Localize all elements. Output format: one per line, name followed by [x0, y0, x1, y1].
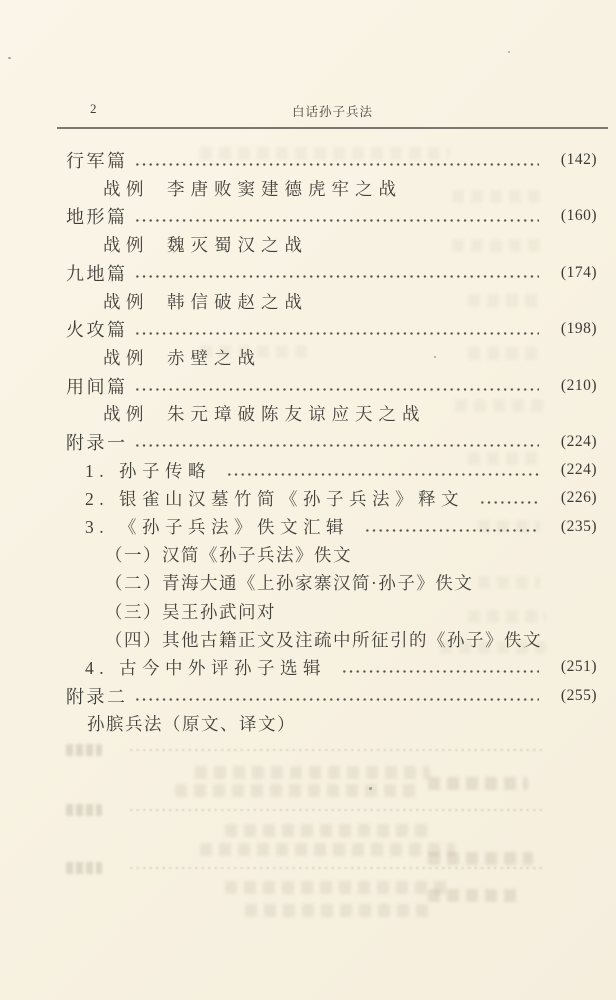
book-page: 2 白话孙子兵法 行军篇 (142) 战例 李唐败窦建德虎牢之战 地形篇 (16… [0, 0, 616, 1000]
toc-entry-example: 战例 朱元璋破陈友谅应天之战 [66, 400, 597, 428]
running-title: 白话孙子兵法 [57, 102, 608, 120]
toc-entry-page: (174) [549, 264, 597, 282]
toc-entry-label: 3. 《孙子兵法》佚文汇辑 [85, 514, 349, 539]
bleedthrough-artifact [128, 867, 542, 869]
dot-leader [134, 163, 540, 166]
battle-name: 李唐败窦建德虎牢之战 [167, 176, 402, 201]
paper-speck [369, 787, 372, 790]
example-label: 战例 [103, 289, 149, 314]
toc-entry-label: 2. 银雀山汉墓竹简《孙子兵法》释文 [85, 486, 464, 511]
toc-entry-sub: （三）吴王孙武问对 [66, 597, 597, 625]
toc-entry-chapter: 地形篇 (160) [66, 202, 597, 230]
toc-entry-sub: （四）其他古籍正文及注疏中所征引的《孙子》佚文 [66, 625, 597, 653]
battle-name: 朱元璋破陈友谅应天之战 [167, 401, 426, 426]
toc-entry-page: (226) [549, 489, 597, 507]
toc-entry-page: (142) [549, 151, 597, 169]
toc-entry-page: (224) [549, 433, 597, 451]
toc-entry-page: (255) [549, 687, 597, 705]
toc-entry-page: (235) [549, 518, 597, 536]
toc-entry-label: （二）青海大通《上孙家寨汉简·孙子》佚文 [105, 570, 473, 595]
bleedthrough-artifact [245, 904, 430, 917]
page-header: 2 白话孙子兵法 [57, 99, 608, 121]
battle-name: 赤壁之战 [167, 345, 261, 370]
toc-entry-chapter: 火攻篇 (198) [66, 315, 597, 343]
header-rule [57, 127, 608, 129]
toc-entry-label: 附录一 [66, 429, 128, 455]
toc-entry-appendix: 附录一 (224) [66, 428, 597, 456]
toc-entry-appendix: 附录二 (255) [66, 682, 597, 710]
toc-entry-plain: 孙膑兵法（原文、译文） [66, 710, 597, 738]
dot-leader [226, 473, 539, 476]
toc-entry-label: （一）汉简《孙子兵法》佚文 [105, 542, 352, 567]
battle-name: 韩信破赵之战 [167, 289, 308, 314]
bleedthrough-artifact [428, 889, 523, 902]
toc-entry-label: 用间篇 [66, 373, 128, 399]
bleedthrough-artifact [128, 809, 542, 811]
toc-entry-label: 行军篇 [66, 147, 128, 173]
toc-entry-numbered: 4. 古今中外评孙子选辑 (251) [66, 653, 597, 681]
example-label: 战例 [103, 232, 149, 257]
dot-leader [134, 388, 540, 391]
example-label: 战例 [103, 401, 149, 426]
toc-entry-numbered: 1. 孙子传略 (224) [66, 456, 597, 484]
toc-entry-example: 战例 赤壁之战 [66, 343, 597, 371]
toc-entry-label: （四）其他古籍正文及注疏中所征引的《孙子》佚文 [105, 627, 542, 652]
paper-speck [508, 51, 510, 53]
bleedthrough-artifact [66, 862, 102, 874]
toc-entry-page: (251) [549, 658, 597, 676]
example-label: 战例 [103, 345, 149, 370]
toc-entry-label: 火攻篇 [66, 316, 128, 342]
bleedthrough-artifact [66, 744, 102, 756]
toc-entry-label: 4. 古今中外评孙子选辑 [85, 655, 326, 680]
toc-entry-numbered: 3. 《孙子兵法》佚文汇辑 (235) [66, 512, 597, 540]
toc-entry-example: 战例 李唐败窦建德虎牢之战 [66, 174, 597, 202]
dot-leader [134, 332, 540, 335]
bleedthrough-artifact [175, 784, 420, 797]
bleedthrough-artifact [66, 804, 102, 816]
bleedthrough-artifact [200, 843, 455, 856]
toc-entry-label: 九地篇 [66, 260, 128, 286]
toc-entry-label: 1. 孙子传略 [85, 458, 211, 483]
toc-entry-label: 地形篇 [66, 203, 128, 229]
toc-entry-chapter: 九地篇 (174) [66, 259, 597, 287]
bleedthrough-artifact [428, 852, 533, 865]
dot-leader [341, 670, 539, 673]
example-label: 战例 [103, 176, 149, 201]
toc-entry-example: 战例 魏灭蜀汉之战 [66, 231, 597, 259]
toc-entry-page: (224) [549, 461, 597, 479]
toc-entry-page: (210) [549, 377, 597, 395]
dot-leader [364, 529, 539, 532]
table-of-contents: 行军篇 (142) 战例 李唐败窦建德虎牢之战 地形篇 (160) 战例 魏灭蜀… [66, 146, 597, 738]
dot-leader [134, 698, 540, 701]
toc-entry-chapter: 行军篇 (142) [66, 146, 597, 174]
toc-entry-sub: （一）汉简《孙子兵法》佚文 [66, 541, 597, 569]
toc-entry-example: 战例 韩信破赵之战 [66, 287, 597, 315]
toc-entry-page: (160) [549, 207, 597, 225]
toc-entry-sub: （二）青海大通《上孙家寨汉简·孙子》佚文 [66, 569, 597, 597]
dot-leader [134, 219, 540, 222]
bleedthrough-artifact [128, 749, 542, 751]
battle-name: 魏灭蜀汉之战 [167, 232, 308, 257]
dot-leader [479, 501, 539, 504]
bleedthrough-artifact [195, 766, 430, 779]
toc-entry-label: 附录二 [66, 683, 128, 709]
toc-entry-page: (198) [549, 320, 597, 338]
toc-entry-label: （三）吴王孙武问对 [105, 599, 276, 624]
paper-speck [8, 57, 11, 59]
toc-entry-label: 孙膑兵法（原文、译文） [87, 711, 296, 736]
toc-entry-chapter: 用间篇 (210) [66, 372, 597, 400]
dot-leader [134, 444, 540, 447]
dot-leader [134, 275, 540, 278]
toc-entry-numbered: 2. 银雀山汉墓竹简《孙子兵法》释文 (226) [66, 484, 597, 512]
bleedthrough-artifact [225, 824, 430, 837]
bleedthrough-artifact [225, 881, 450, 894]
bleedthrough-artifact [428, 777, 528, 790]
